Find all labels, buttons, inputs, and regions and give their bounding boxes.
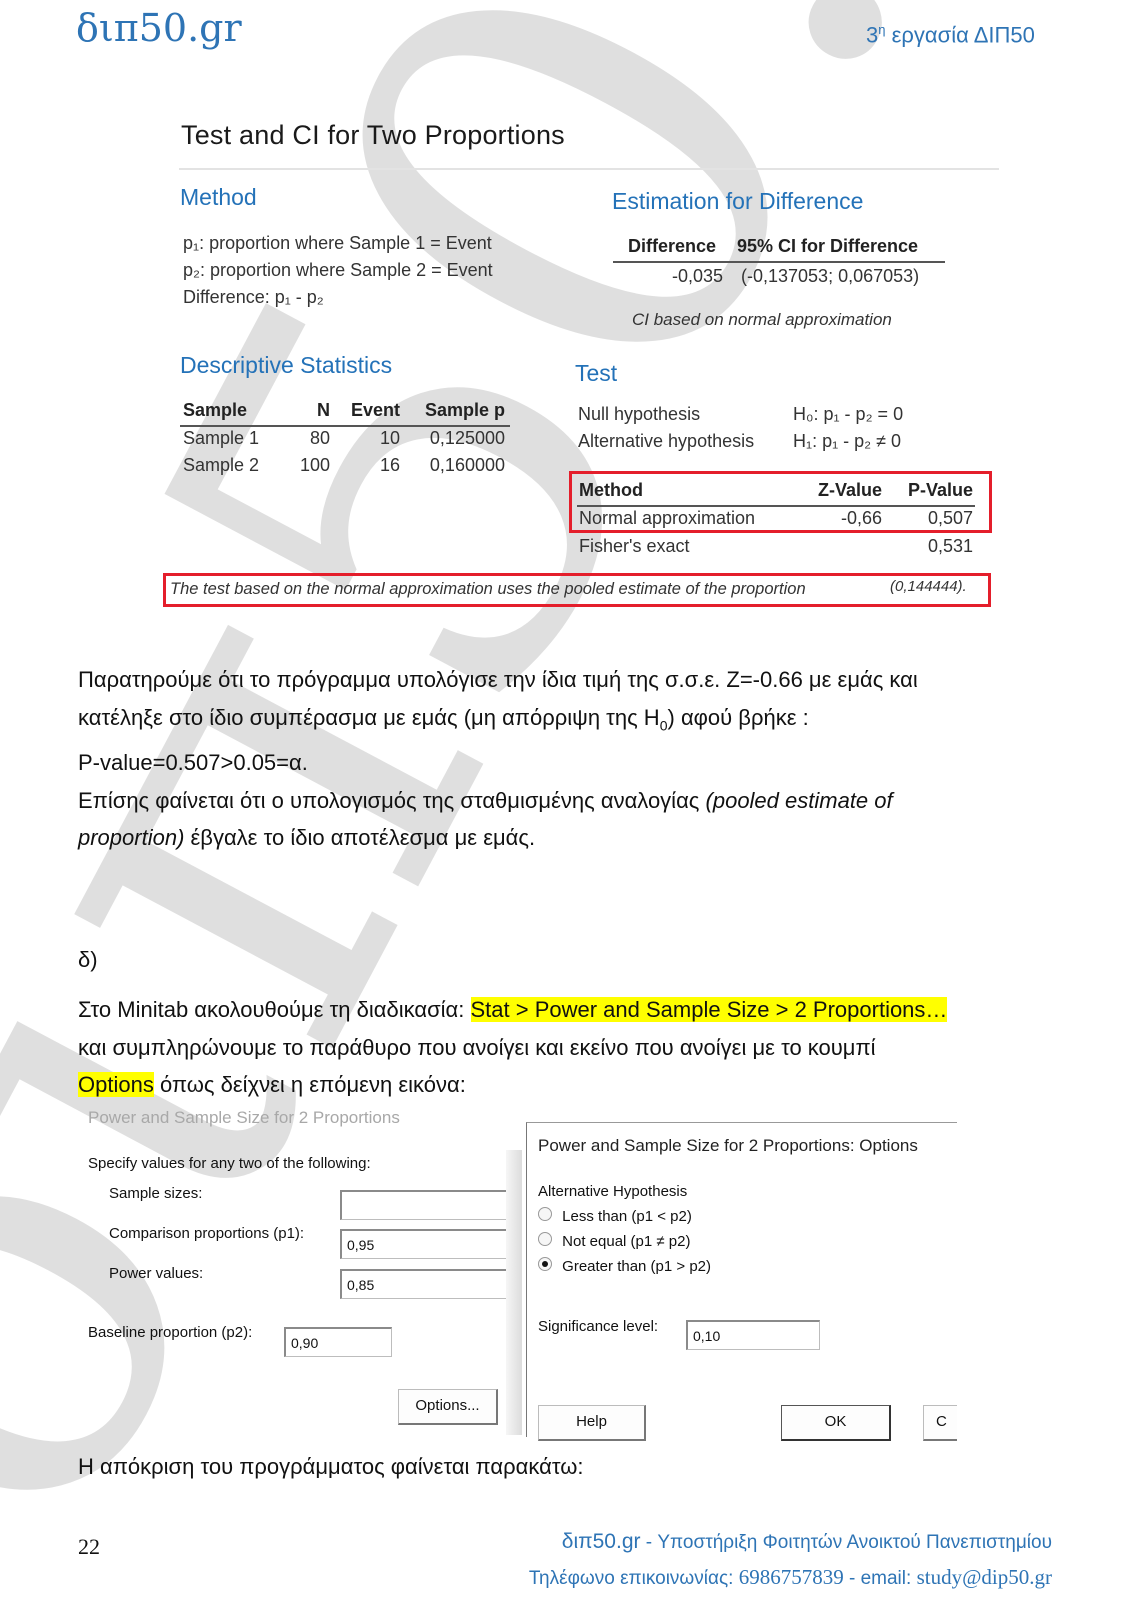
cell-n: 80: [280, 428, 330, 449]
text-span: όπως δείχνει η επόμενη εικόνα:: [154, 1072, 466, 1097]
subscript: 0: [660, 717, 668, 733]
dialog-instruction: Specify values for any two of the follow…: [88, 1155, 371, 1172]
cell-samplep: 0,160000: [405, 455, 505, 476]
options-button[interactable]: Options...: [398, 1389, 498, 1425]
sample-sizes-label: Sample sizes:: [109, 1185, 202, 1202]
radio-label: Greater than (p1 > p2): [562, 1258, 711, 1275]
power-values-input[interactable]: 0,85: [340, 1269, 520, 1299]
method-line: p₁: proportion where Sample 1 = Event: [183, 230, 493, 257]
radio-not-equal[interactable]: Not equal (p1 ≠ p2): [538, 1232, 690, 1250]
desc-header-rule: [180, 425, 510, 427]
test-col-method: Method: [579, 480, 643, 501]
radio-less-than[interactable]: Less than (p1 < p2): [538, 1207, 692, 1225]
footer-contact-line: Τηλέφωνο επικοινωνίας: 6986757839 - emai…: [529, 1565, 1052, 1590]
section-label: δ): [78, 941, 1078, 979]
text-span: Επίσης φαίνεται ότι ο υπολογισμός της στ…: [78, 788, 706, 813]
estimation-heading: Estimation for Difference: [612, 188, 863, 215]
estimation-header-rule: [613, 261, 945, 263]
sample-sizes-input[interactable]: [340, 1190, 520, 1220]
descriptive-heading: Descriptive Statistics: [180, 352, 392, 379]
estimation-col-difference: Difference: [628, 236, 716, 257]
desc-col-event: Event: [340, 400, 400, 421]
assignment-title: εργασία ΔΙΠ50: [885, 22, 1034, 47]
cell-method: Fisher's exact: [579, 536, 689, 557]
options-dialog: Power and Sample Size for 2 Proportions:…: [526, 1122, 957, 1437]
cell-method: Normal approximation: [579, 508, 755, 529]
paragraph-comparison: Παρατηρούμε ότι το πρόγραμμα υπολόγισε τ…: [78, 661, 1078, 857]
radio-greater-than[interactable]: Greater than (p1 > p2): [538, 1257, 711, 1275]
cancel-button[interactable]: C: [923, 1405, 957, 1441]
radio-label: Not equal (p1 ≠ p2): [562, 1233, 690, 1250]
italic-span: (pooled estimate of: [706, 788, 893, 813]
alt-hypothesis-label: Alternative hypothesis: [578, 431, 754, 452]
power-sample-size-dialog: Power and Sample Size for 2 Proportions …: [78, 1113, 518, 1403]
paragraph-line: Επίσης φαίνεται ότι ο υπολογισμός της στ…: [78, 782, 1078, 820]
alternative-hypothesis-heading: Alternative Hypothesis: [538, 1183, 687, 1200]
cell-sample: Sample 1: [183, 428, 259, 449]
significance-level-label: Significance level:: [538, 1318, 658, 1335]
table-row: Normal approximation -0,66 0,507: [577, 508, 975, 534]
alt-hypothesis-value: H₁: p₁ - p₂ ≠ 0: [793, 431, 901, 452]
estimation-note: CI based on normal approximation: [632, 310, 892, 330]
paragraph-line: και συμπληρώνουμε το παράθυρο που ανοίγε…: [78, 1029, 1078, 1067]
pooled-note: The test based on the normal approximati…: [170, 580, 806, 599]
cell-event: 16: [340, 455, 400, 476]
options-dialog-title: Power and Sample Size for 2 Proportions:…: [538, 1136, 918, 1156]
paragraph-line: proportion) έβγαλε το ίδιο αποτέλεσμα με…: [78, 819, 1078, 857]
radio-selected-icon[interactable]: [538, 1257, 552, 1271]
estimation-col-ci: 95% CI for Difference: [737, 236, 918, 257]
table-row: Sample 2 100 16 0,160000: [180, 455, 510, 482]
footer-brand-line: διπ50.gr - Υποστήριξη Φοιτητών Ανοικτού …: [562, 1530, 1052, 1554]
test-header-rule: [577, 505, 975, 507]
method-line: p₂: proportion where Sample 2 = Event: [183, 257, 493, 284]
options-highlight: Options: [78, 1072, 154, 1097]
footer-brand: διπ50.gr: [562, 1530, 641, 1553]
paragraph-line: Στο Minitab ακολουθούμε τη διαδικασία: S…: [78, 991, 1078, 1029]
text-span: κατέληξε στο ίδιο συμπέρασμα με εμάς (μη…: [78, 705, 660, 730]
test-col-zvalue: Z-Value: [780, 480, 882, 501]
help-button[interactable]: Help: [538, 1405, 646, 1441]
baseline-proportion-input[interactable]: 0,90: [284, 1327, 392, 1357]
paragraph-line: P-value=0.507>0.05=α.: [78, 744, 1078, 782]
method-definitions: p₁: proportion where Sample 1 = Event p₂…: [183, 230, 493, 311]
estimation-ci-value: (-0,137053; 0,067053): [741, 266, 919, 287]
output-title: Test and CI for Two Proportions: [181, 120, 565, 151]
text-span: ) αφού βρήκε :: [668, 705, 809, 730]
footer-tagline: - Υποστήριξη Φοιτητών Ανοικτού Πανεπιστη…: [641, 1532, 1053, 1553]
table-row: Fisher's exact 0,531: [577, 536, 975, 562]
dialog-title: Power and Sample Size for 2 Proportions: [88, 1108, 400, 1128]
footer-email-label: - email:: [844, 1568, 917, 1589]
cell-samplep: 0,125000: [405, 428, 505, 449]
cell-pvalue: 0,531: [880, 536, 973, 557]
paragraph-instructions: Στο Minitab ακολουθούμε τη διαδικασία: S…: [78, 991, 1078, 1104]
comparison-proportions-label: Comparison proportions (p1):: [109, 1225, 304, 1242]
null-hypothesis-label: Null hypothesis: [578, 404, 700, 425]
title-divider: [179, 168, 999, 170]
table-row: Sample 1 80 10 0,125000: [180, 428, 510, 455]
estimation-difference-value: -0,035: [600, 266, 723, 287]
cell-sample: Sample 2: [183, 455, 259, 476]
assignment-header: 3η εργασία ΔΙΠ50: [866, 22, 1035, 48]
site-logo: διπ50.gr: [76, 6, 242, 50]
footer-phone-label: Τηλέφωνο επικοινωνίας:: [529, 1568, 739, 1589]
power-values-label: Power values:: [109, 1265, 203, 1282]
desc-col-sample: Sample: [183, 400, 247, 421]
ok-button[interactable]: OK: [781, 1405, 891, 1441]
method-line: Difference: p₁ - p₂: [183, 284, 493, 311]
paragraph-line: Options όπως δείχνει η επόμενη εικόνα:: [78, 1066, 1078, 1104]
menu-path-highlight: Stat > Power and Sample Size > 2 Proport…: [471, 997, 948, 1022]
text-span: Στο Minitab ακολουθούμε τη διαδικασία:: [78, 997, 471, 1022]
radio-label: Less than (p1 < p2): [562, 1208, 692, 1225]
desc-col-samplep: Sample p: [405, 400, 505, 421]
page-number: 22: [78, 1534, 100, 1560]
method-heading: Method: [180, 184, 257, 211]
cell-zvalue: -0,66: [780, 508, 882, 529]
test-heading: Test: [575, 360, 617, 387]
text-span: έβγαλε το ίδιο αποτέλεσμα με εμάς.: [184, 825, 535, 850]
null-hypothesis-value: H₀: p₁ - p₂ = 0: [793, 404, 903, 425]
comparison-proportions-input[interactable]: 0,95: [340, 1229, 520, 1259]
test-col-pvalue: P-Value: [880, 480, 973, 501]
pooled-value: (0,144444).: [890, 578, 967, 595]
paragraph-line: κατέληξε στο ίδιο συμπέρασμα με εμάς (μη…: [78, 699, 1078, 745]
radio-icon[interactable]: [538, 1232, 552, 1246]
baseline-proportion-label: Baseline proportion (p2):: [88, 1324, 252, 1341]
significance-level-input[interactable]: 0,10: [686, 1320, 820, 1350]
dialog-shadow: [506, 1150, 522, 1435]
radio-icon[interactable]: [538, 1207, 552, 1221]
cell-pvalue: 0,507: [880, 508, 973, 529]
cell-n: 100: [280, 455, 330, 476]
footer-email-link[interactable]: study@dip50.gr: [917, 1565, 1052, 1589]
italic-span: proportion): [78, 825, 184, 850]
assignment-number: 3: [866, 22, 878, 47]
paragraph-line: Παρατηρούμε ότι το πρόγραμμα υπολόγισε τ…: [78, 661, 1078, 699]
cell-event: 10: [340, 428, 400, 449]
desc-col-n: N: [280, 400, 330, 421]
paragraph-response: Η απόκριση του προγράμματος φαίνεται παρ…: [78, 1448, 1078, 1486]
footer-phone: 6986757839: [739, 1565, 844, 1589]
